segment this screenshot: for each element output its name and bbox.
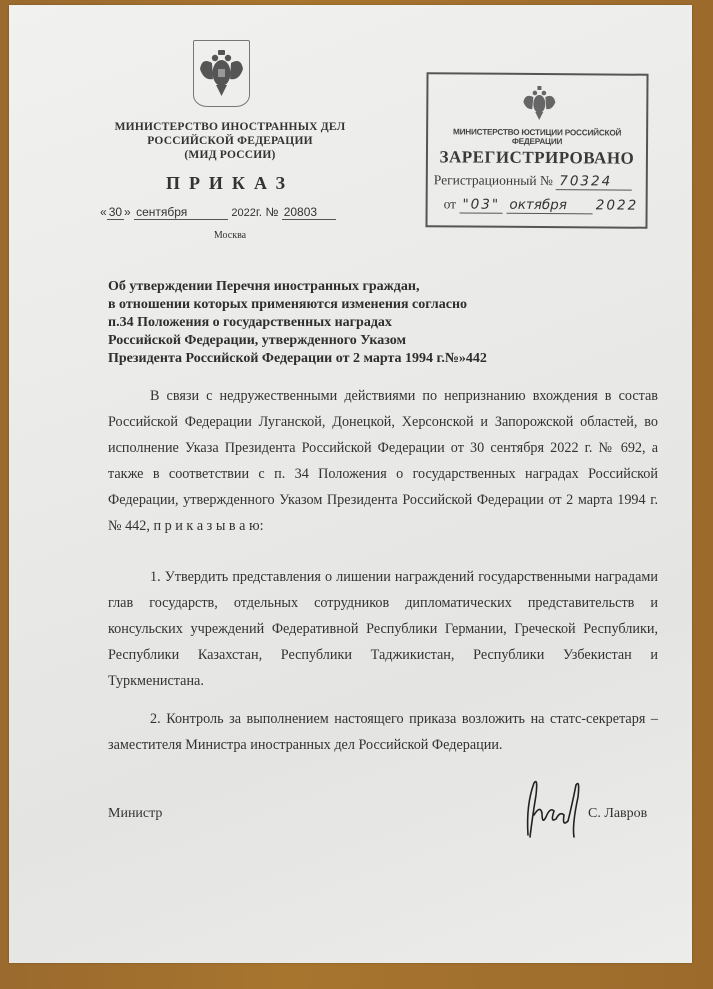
stamp-date-line: от "03" октября 2022 [444,196,639,214]
document-type: ПРИКАЗ [110,173,350,194]
order-number-label: № [265,205,278,219]
ministry-header-line: РОССИЙСКОЙ ФЕДЕРАЦИИ [110,134,350,148]
clause-1-paragraph: 1. Утвердить представления о лишении наг… [108,564,658,694]
paragraph-text: В связи с недружественными действиями по… [108,388,658,534]
stamp-date-prefix: от [444,196,457,211]
stamp-date-day: "03" [459,196,503,213]
order-month: сентября [134,205,228,220]
paragraph-text: 1. Утвердить представления о лишении наг… [108,569,658,689]
paragraph-text: 2. Контроль за выполнением настоящего пр… [108,711,658,753]
order-year-suffix: г. [256,205,262,219]
signatory-name: С. Лавров [588,806,647,822]
clause-2-paragraph: 2. Контроль за выполнением настоящего пр… [108,706,658,758]
order-day: 30 [107,205,124,220]
city: Москва [110,230,350,241]
ministry-header: МИНИСТЕРСТВО ИНОСТРАННЫХ ДЕЛ РОССИЙСКОЙ … [110,120,350,162]
order-title: Об утверждении Перечня иностранных гражд… [108,278,588,368]
signatory-position: Министр [108,806,162,822]
stamp-status: ЗАРЕГИСТРИРОВАНО [428,147,646,169]
stamp-registration-number-line: Регистрационный № 70324 [434,172,633,190]
stamp-reg-label: Регистрационный № [434,172,553,188]
title-line: Российской Федерации, утвержденного Указ… [108,332,588,350]
stamp-date-year: 2022 [596,197,638,213]
order-year: 2022 [231,207,255,219]
ministry-header-line: (МИД РОССИИ) [110,148,350,162]
coat-of-arms-icon [519,83,559,123]
preamble-paragraph: В связи с недружественными действиями по… [108,383,658,539]
stamp-ministry-name: МИНИСТЕРСТВО ЮСТИЦИИ РОССИЙСКОЙ ФЕДЕРАЦИ… [428,127,646,147]
order-number: 20803 [282,205,336,220]
stamp-reg-number: 70324 [556,173,632,191]
coat-of-arms-icon [193,40,250,107]
order-date-line: «30» сентября 2022г. № 20803 [100,205,370,220]
stamp-date-month: октября [506,197,592,215]
title-line: Об утверждении Перечня иностранных гражд… [108,278,588,296]
registration-stamp: МИНИСТЕРСТВО ЮСТИЦИИ РОССИЙСКОЙ ФЕДЕРАЦИ… [425,72,648,229]
title-line: в отношении которых применяются изменени… [108,296,588,314]
ministry-header-line: МИНИСТЕРСТВО ИНОСТРАННЫХ ДЕЛ [110,120,350,134]
title-line: Президента Российской Федерации от 2 мар… [108,350,588,368]
title-line: п.34 Положения о государственных награда… [108,314,588,332]
handwritten-signature-icon [520,775,592,845]
